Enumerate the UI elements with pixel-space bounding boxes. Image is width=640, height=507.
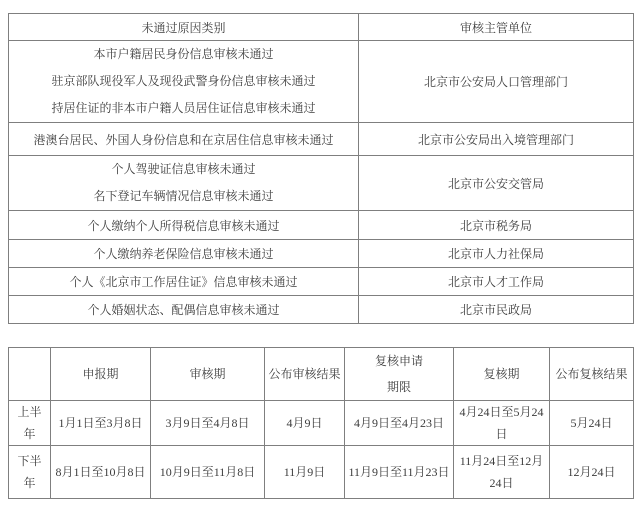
table-row: 本市户籍居民身份信息审核未通过 驻京部队现役军人及现役武警身份信息审核未通过 持… (9, 41, 634, 123)
table-row: 个人婚姻状态、配偶信息审核未通过 北京市民政局 (9, 296, 634, 324)
reason-line: 本市户籍居民身份信息审核未通过 (12, 41, 355, 68)
reason-cell: 个人驾驶证信息审核未通过 名下登记车辆情况信息审核未通过 (9, 156, 359, 211)
table-row: 上半年 1月1日至3月8日 3月9日至4月8日 4月9日 4月9日至4月23日 … (9, 401, 634, 446)
date-cell: 4月24日至5月24日 (454, 401, 550, 446)
reason-line: 名下登记车辆情况信息审核未通过 (12, 183, 355, 210)
date-cell: 3月9日至4月8日 (151, 401, 265, 446)
reason-cell: 个人《北京市工作居住证》信息审核未通过 (9, 268, 359, 296)
date-cell: 11月9日 (265, 446, 345, 499)
table-row: 下半年 8月1日至10月8日 10月9日至11月8日 11月9日 11月9日至1… (9, 446, 634, 499)
table2-header-row: 申报期 审核期 公布审核结果 复核申请期限 复核期 公布复核结果 (9, 348, 634, 401)
date-cell: 12月24日 (550, 446, 634, 499)
unit-cell: 北京市民政局 (359, 296, 634, 324)
table-row: 港澳台居民、外国人身份信息和在京居住信息审核未通过 北京市公安局出入境管理部门 (9, 123, 634, 156)
unit-cell: 北京市公安局人口管理部门 (359, 41, 634, 123)
table1-header-row: 未通过原因类别 审核主管单位 (9, 14, 634, 41)
unit-cell: 北京市公安交管局 (359, 156, 634, 211)
column-header-audit-unit: 审核主管单位 (359, 14, 634, 41)
date-cell: 5月24日 (550, 401, 634, 446)
column-header-empty (9, 348, 51, 401)
reason-cell: 个人缴纳个人所得税信息审核未通过 (9, 211, 359, 240)
date-cell: 11月9日至11月23日 (345, 446, 454, 499)
column-header-declaration-period: 申报期 (51, 348, 151, 401)
unit-cell: 北京市公安局出入境管理部门 (359, 123, 634, 156)
date-cell: 1月1日至3月8日 (51, 401, 151, 446)
column-header-reason-category: 未通过原因类别 (9, 14, 359, 41)
column-header-recheck-application-deadline: 复核申请期限 (345, 348, 454, 401)
date-cell: 4月9日至4月23日 (345, 401, 454, 446)
recheck-application-deadline-label: 复核申请期限 (373, 348, 425, 400)
review-schedule-table: 申报期 审核期 公布审核结果 复核申请期限 复核期 公布复核结果 上半年 1月1… (8, 347, 634, 499)
column-header-publish-recheck-result: 公布复核结果 (550, 348, 634, 401)
column-header-review-period: 审核期 (151, 348, 265, 401)
table-row: 个人缴纳个人所得税信息审核未通过 北京市税务局 (9, 211, 634, 240)
reason-line: 驻京部队现役军人及现役武警身份信息审核未通过 (12, 68, 355, 95)
reason-cell: 个人婚姻状态、配偶信息审核未通过 (9, 296, 359, 324)
date-cell: 10月9日至11月8日 (151, 446, 265, 499)
date-cell: 8月1日至10月8日 (51, 446, 151, 499)
table-row: 个人《北京市工作居住证》信息审核未通过 北京市人才工作局 (9, 268, 634, 296)
reason-cell: 港澳台居民、外国人身份信息和在京居住信息审核未通过 (9, 123, 359, 156)
unit-cell: 北京市人力社保局 (359, 240, 634, 268)
date-cell: 11月24日至12月24日 (454, 446, 550, 499)
reason-cell: 个人缴纳养老保险信息审核未通过 (9, 240, 359, 268)
reason-cell: 本市户籍居民身份信息审核未通过 驻京部队现役军人及现役武警身份信息审核未通过 持… (9, 41, 359, 123)
reason-line: 个人驾驶证信息审核未通过 (12, 156, 355, 183)
table-row: 个人驾驶证信息审核未通过 名下登记车辆情况信息审核未通过 北京市公安交管局 (9, 156, 634, 211)
row-label-first-half-year: 上半年 (9, 401, 51, 446)
rejection-reasons-table: 未通过原因类别 审核主管单位 本市户籍居民身份信息审核未通过 驻京部队现役军人及… (8, 13, 634, 324)
row-label-second-half-year: 下半年 (9, 446, 51, 499)
date-cell: 4月9日 (265, 401, 345, 446)
unit-cell: 北京市人才工作局 (359, 268, 634, 296)
reason-line: 持居住证的非本市户籍人员居住证信息审核未通过 (12, 95, 355, 122)
column-header-recheck-period: 复核期 (454, 348, 550, 401)
table-row: 个人缴纳养老保险信息审核未通过 北京市人力社保局 (9, 240, 634, 268)
column-header-publish-review-result: 公布审核结果 (265, 348, 345, 401)
unit-cell: 北京市税务局 (359, 211, 634, 240)
